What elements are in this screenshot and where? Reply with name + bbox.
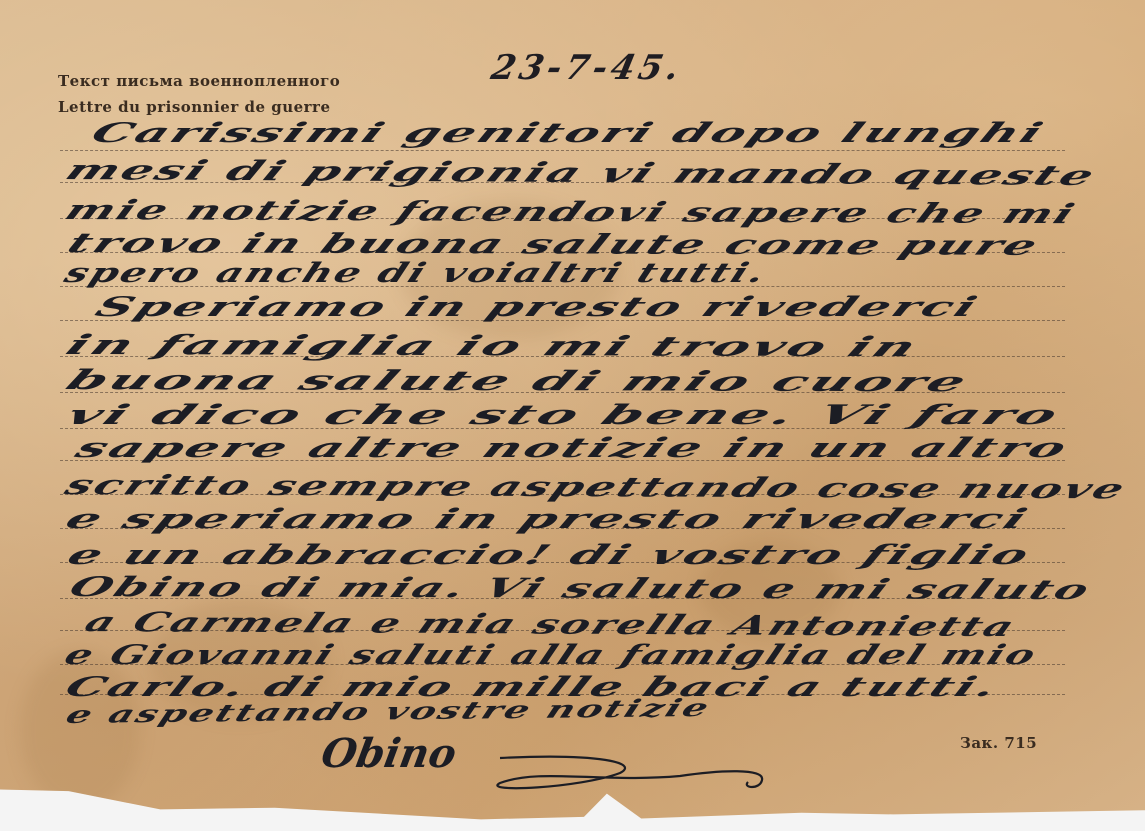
signature-flourish	[480, 748, 780, 808]
handwritten-line: in famiglia io mi trovo in	[60, 330, 925, 363]
handwritten-line: Speriamo in presto rivederci	[90, 292, 985, 323]
handwritten-line: e un abbraccio! di vostro figlio	[62, 540, 1037, 571]
handwritten-line: trovo in buona salute come pure	[62, 228, 1045, 262]
handwritten-line: mie notizie facendovi sapere che mi	[60, 195, 1081, 230]
handwritten-line: mesi di prigionia vi mando queste	[60, 155, 1102, 192]
handwritten-line: e Giovanni saluti alla famiglia del mio	[60, 640, 1042, 671]
order-number: Зак. 715	[960, 734, 1037, 752]
handwritten-line: Obino di mia. Vi saluto e mi saluto	[64, 572, 1097, 606]
handwritten-line: e speriamo in presto rivederci	[60, 504, 1035, 535]
handwritten-line: e aspettando vostre notizie	[62, 693, 715, 729]
handwritten-line: sapere altre notizie in un altro	[70, 433, 1075, 464]
handwritten-line: spero anche di voialtri tutti.	[60, 258, 771, 289]
letter-paper: Текст письма военнопленного Lettre du pr…	[0, 0, 1145, 831]
handwritten-line: a Carmela e mia sorella Antonietta	[80, 607, 1021, 643]
handwritten-line: Carissimi genitori dopo lunghi	[86, 118, 1050, 149]
printed-header-french: Lettre du prisonnier de guerre	[58, 98, 331, 116]
handwritten-line: scritto sempre aspettando cose nuove	[60, 470, 1132, 505]
printed-header-russian: Текст письма военнопленного	[58, 72, 340, 90]
handwritten-line: vi dico che sto bene. Vi faro	[60, 400, 1067, 431]
signature: Obino	[318, 730, 460, 777]
handwritten-line: buona salute di mio cuore	[60, 365, 975, 398]
handwritten-date: 23-7-45.	[488, 48, 687, 88]
ruled-line	[60, 150, 1065, 151]
